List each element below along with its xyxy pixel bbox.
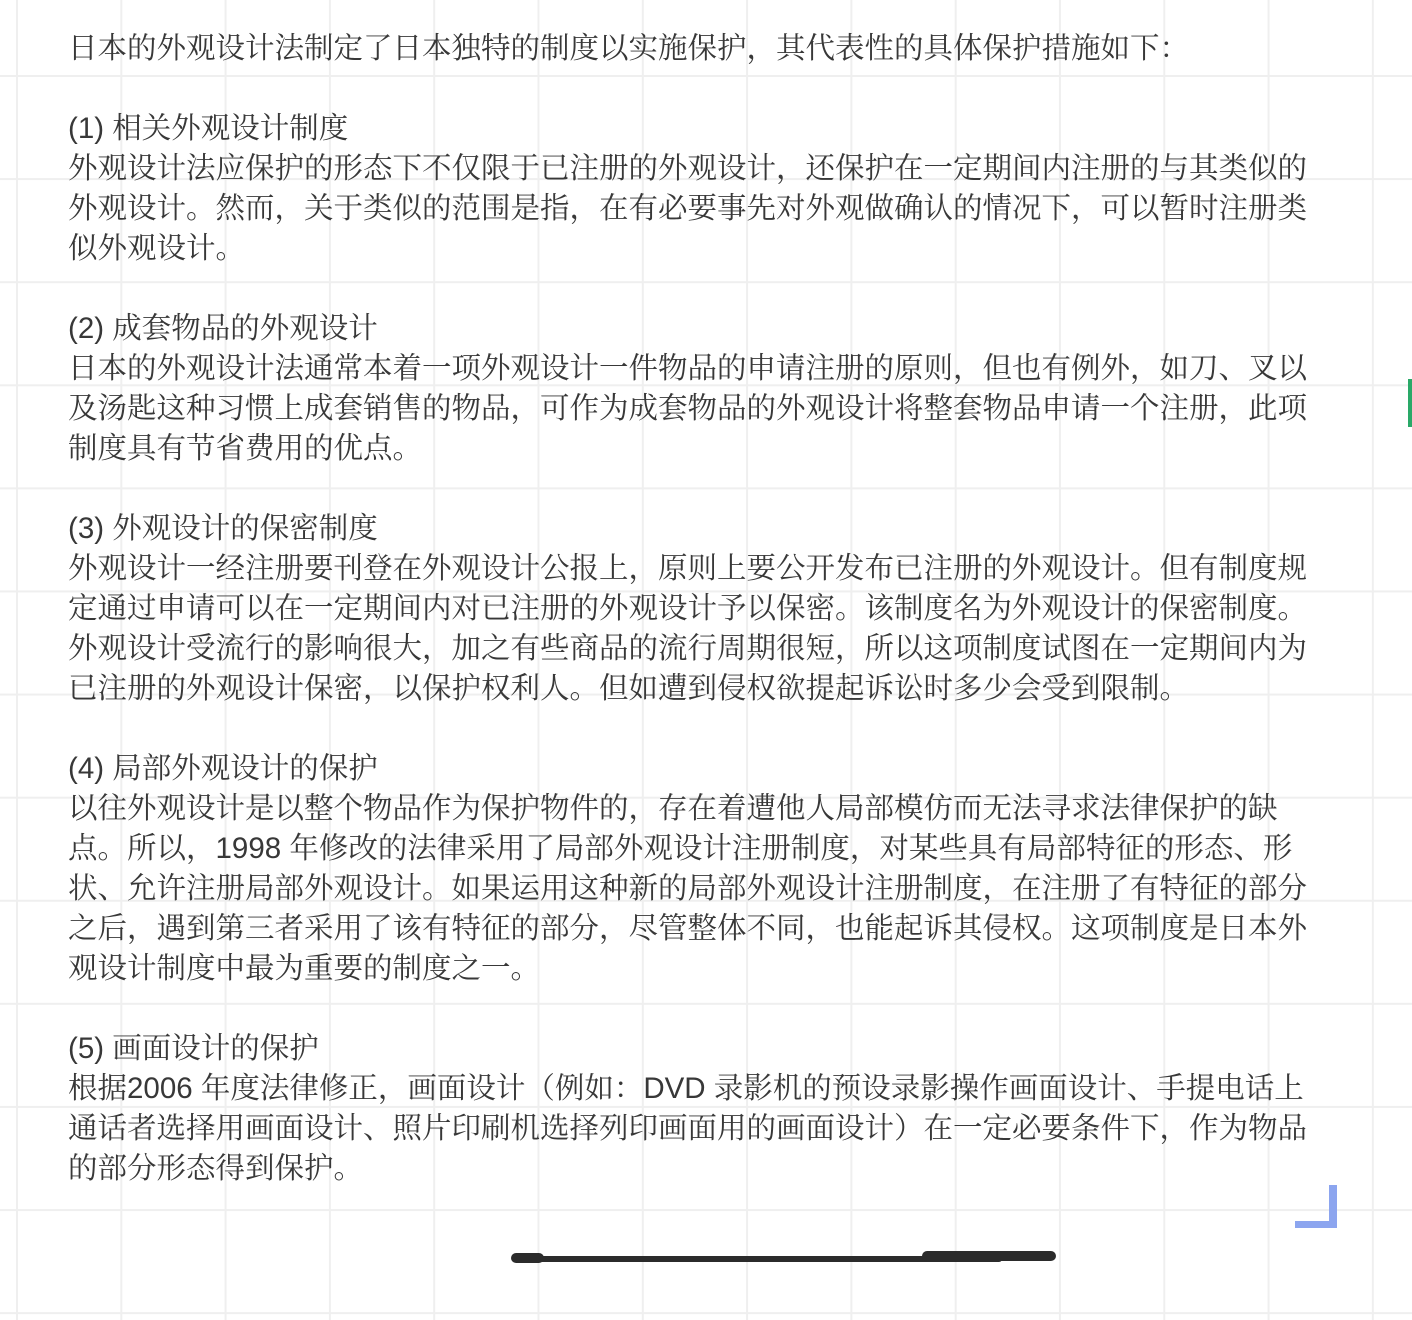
blue-corner-bracket-mark: [1295, 1185, 1337, 1228]
underline-marker-right-stroke: [922, 1251, 1056, 1261]
paragraph-line: 外观设计一经注册要刊登在外观设计公报上，原则上要公开发布已注册的外观设计。但有制…: [68, 549, 1382, 589]
section-heading: (5) 画面设计的保护: [68, 1029, 1382, 1069]
green-edge-bar: [1408, 379, 1412, 427]
section-screen-design: (5) 画面设计的保护 根据2006 年度法律修正，画面设计（例如：DVD 录影…: [68, 1029, 1382, 1189]
paragraph-line: 日本的外观设计法通常本着一项外观设计一件物品的申请注册的原则，但也有例外，如刀、…: [68, 349, 1382, 389]
paragraph-line: 之后，遇到第三者采用了该有特征的部分，尽管整体不同，也能起诉其侵权。这项制度是日…: [68, 909, 1382, 949]
paragraph-line: 以往外观设计是以整个物品作为保护物件的，存在着遭他人局部模仿而无法寻求法律保护的…: [68, 789, 1382, 829]
section-set-of-articles: (2) 成套物品的外观设计 日本的外观设计法通常本着一项外观设计一件物品的申请注…: [68, 309, 1382, 469]
document-text: 日本的外观设计法制定了日本独特的制度以实施保护，其代表性的具体保护措施如下： (…: [68, 29, 1382, 1189]
paragraph-line: 的部分形态得到保护。: [68, 1149, 1382, 1189]
section-related-designs: (1) 相关外观设计制度 外观设计法应保护的形态下不仅限于已注册的外观设计，还保…: [68, 109, 1382, 269]
paragraph-line: 定通过申请可以在一定期间内对已注册的外观设计予以保密。该制度名为外观设计的保密制…: [68, 589, 1382, 629]
paragraph-line: 状、允许注册局部外观设计。如果运用这种新的局部外观设计注册制度，在注册了有特征的…: [68, 869, 1382, 909]
underline-marker-left-cap: [511, 1253, 544, 1263]
paragraph-line: 点。所以，1998 年修改的法律采用了局部外观设计注册制度，对某些具有局部特征的…: [68, 829, 1382, 869]
section-partial-design: (4) 局部外观设计的保护 以往外观设计是以整个物品作为保护物件的，存在着遭他人…: [68, 749, 1382, 989]
section-heading: (2) 成套物品的外观设计: [68, 309, 1382, 349]
paragraph-line: 外观设计法应保护的形态下不仅限于已注册的外观设计，还保护在一定期间内注册的与其类…: [68, 149, 1382, 189]
intro-paragraph: 日本的外观设计法制定了日本独特的制度以实施保护，其代表性的具体保护措施如下：: [68, 29, 1382, 69]
paragraph-line: 制度具有节省费用的优点。: [68, 429, 1382, 469]
paragraph-line: 及汤匙这种习惯上成套销售的物品，可作为成套物品的外观设计将整套物品申请一个注册，…: [68, 389, 1382, 429]
section-secret-design: (3) 外观设计的保密制度 外观设计一经注册要刊登在外观设计公报上，原则上要公开…: [68, 509, 1382, 709]
section-heading: (1) 相关外观设计制度: [68, 109, 1382, 149]
paragraph-line: 似外观设计。: [68, 229, 1382, 269]
paragraph-line: 根据2006 年度法律修正，画面设计（例如：DVD 录影机的预设录影操作画面设计…: [68, 1069, 1382, 1109]
paragraph-line: 外观设计受流行的影响很大，加之有些商品的流行周期很短，所以这项制度试图在一定期间…: [68, 629, 1382, 669]
paragraph-line: 通话者选择用画面设计、照片印刷机选择列印画面用的画面设计）在一定必要条件下，作为…: [68, 1109, 1382, 1149]
section-heading: (4) 局部外观设计的保护: [68, 749, 1382, 789]
section-heading: (3) 外观设计的保密制度: [68, 509, 1382, 549]
paragraph-line: 已注册的外观设计保密，以保护权利人。但如遭到侵权欲提起诉讼时多少会受到限制。: [68, 669, 1382, 709]
paragraph-line: 外观设计。然而，关于类似的范围是指，在有必要事先对外观做确认的情况下，可以暂时注…: [68, 189, 1382, 229]
paragraph-line: 观设计制度中最为重要的制度之一。: [68, 949, 1382, 989]
